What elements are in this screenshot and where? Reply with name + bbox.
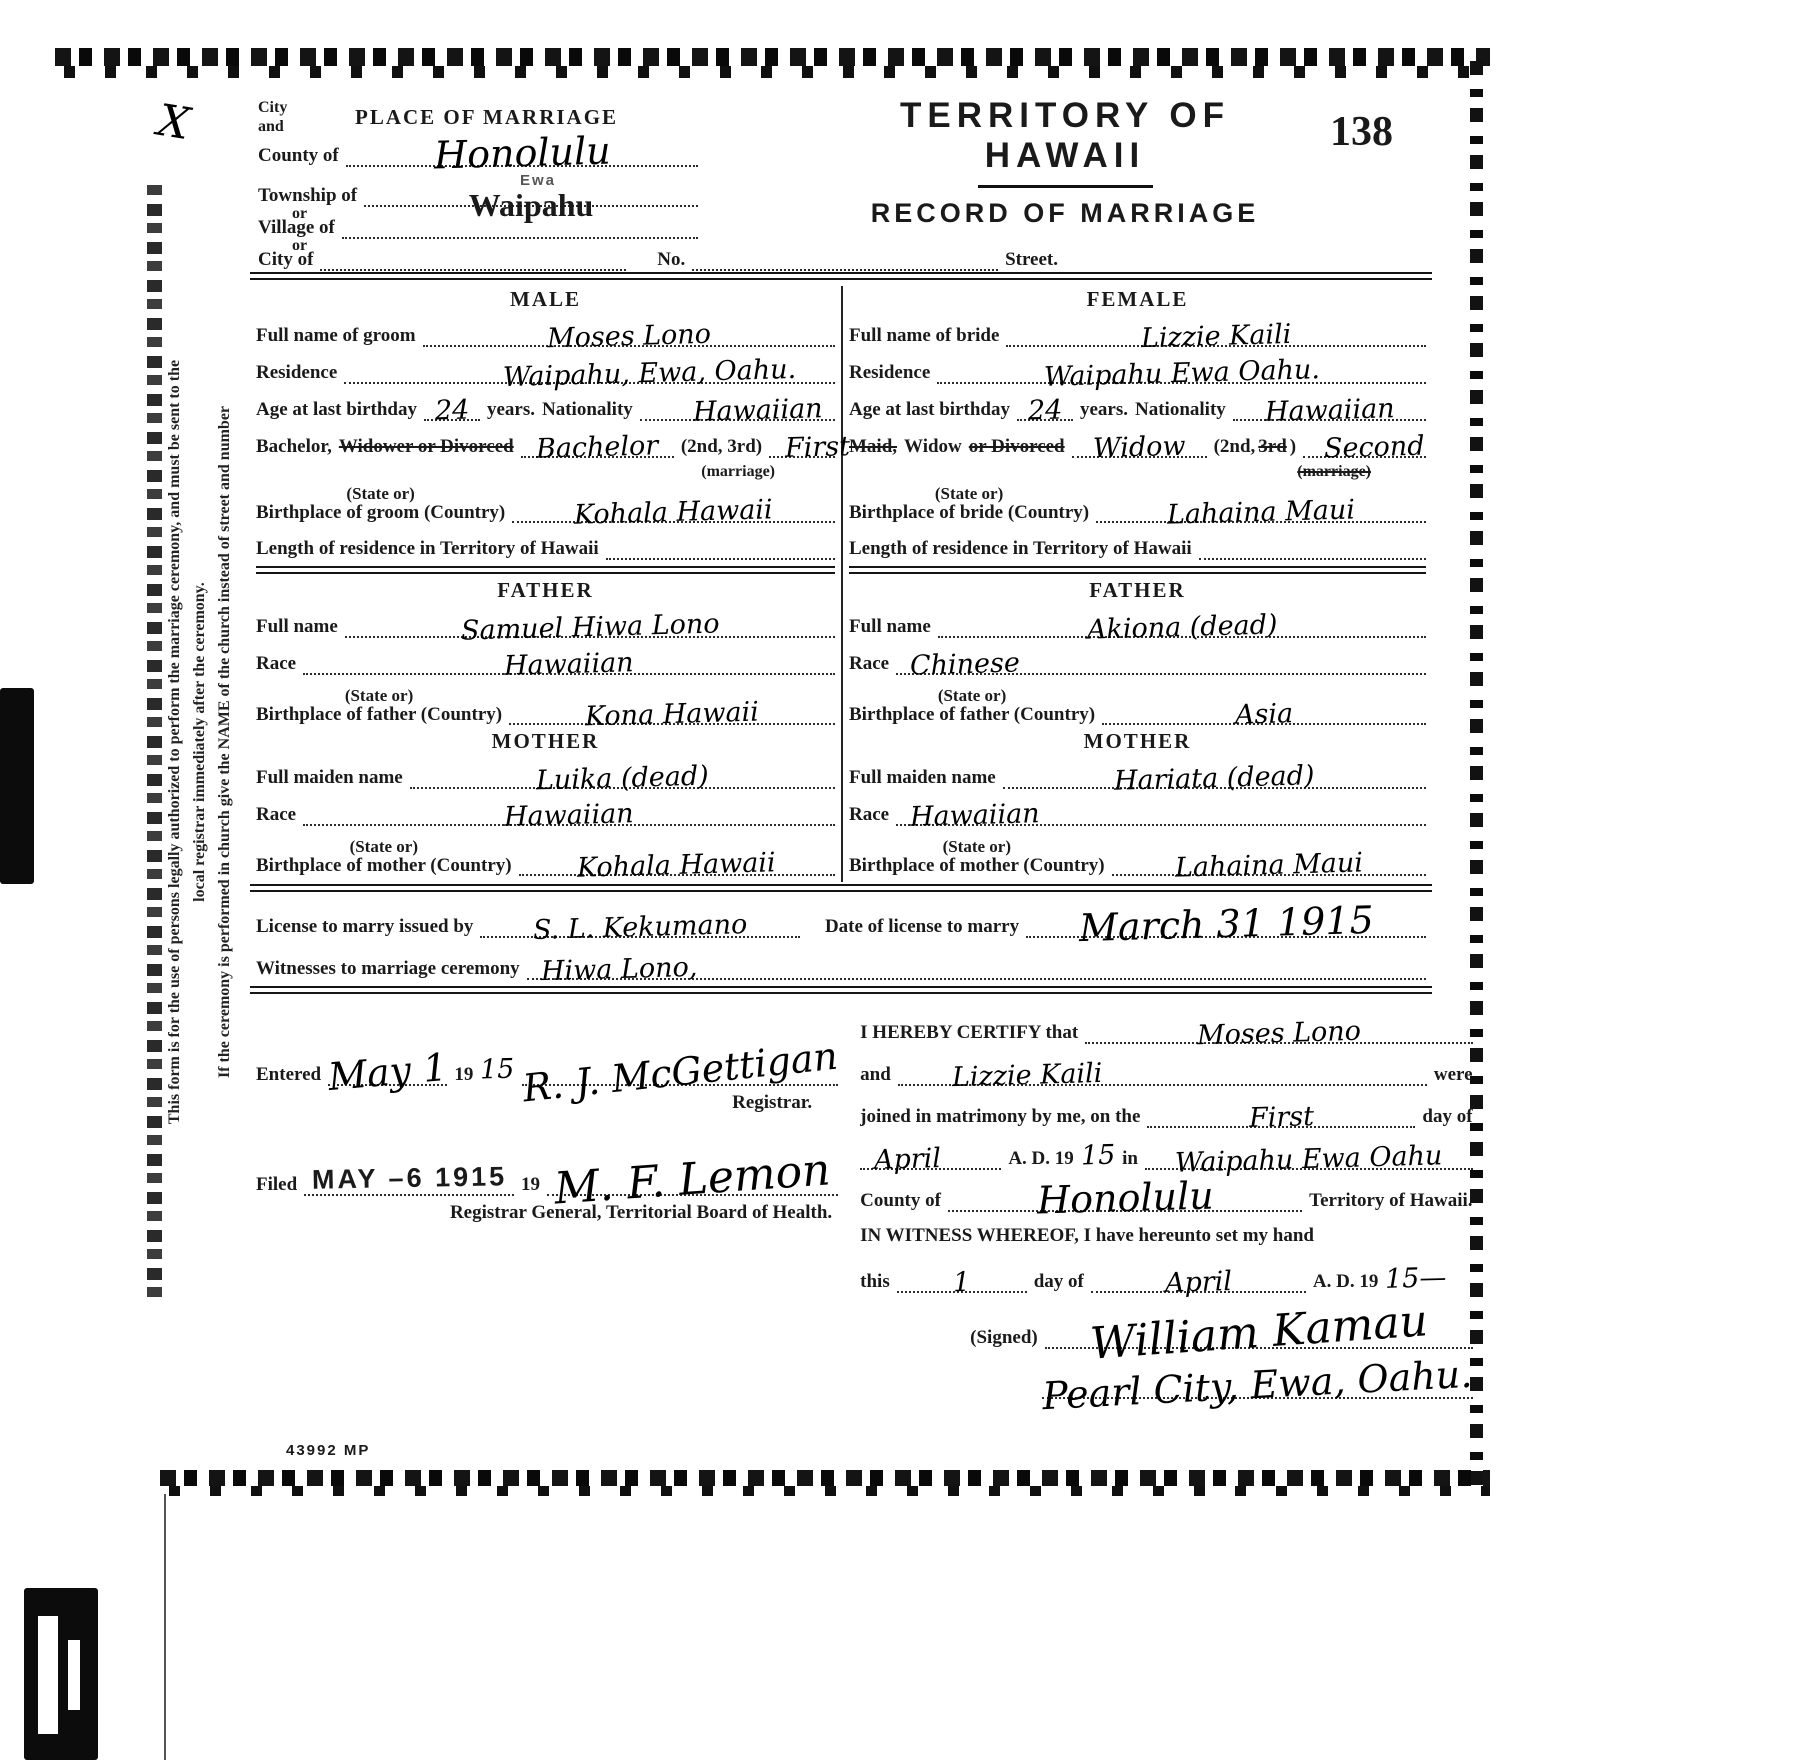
certify-county-field: Honolulu [948, 1174, 1302, 1212]
scan-artifact-torn-edge-top2 [55, 66, 1490, 78]
bride-father-birthplace-value: Asia [1235, 703, 1294, 728]
bride-residence-row: Residence Waipahu Ewa Oahu. [849, 353, 1426, 384]
groom-residence-length-row: Length of residence in Territory of Hawa… [256, 529, 835, 560]
bride-residence-label: Residence [849, 363, 930, 384]
witnesses-value: Hiwa Lono, [540, 957, 697, 984]
city-and-label: City and [258, 98, 308, 136]
bride-residence-field: Waipahu Ewa Oahu. [937, 351, 1426, 384]
witness-day-value: 1 [953, 1272, 971, 1295]
bride-status-struck1: Maid, [849, 437, 897, 458]
groom-father-race-value: Hawaiian [504, 652, 634, 679]
groom-residence-row: Residence Waipahu, Ewa, Oahu. [256, 353, 835, 384]
groom-nationality-label: Nationality [542, 400, 633, 421]
groom-residence-label: Residence [256, 363, 337, 384]
groom-father-race-label: Race [256, 654, 296, 675]
bride-mother-state-or: (State or) [849, 838, 1105, 856]
groom-age-field: 24 [424, 388, 480, 421]
groom-name-value: Moses Lono [546, 324, 711, 352]
groom-age-row: Age at last birthday 24 years. Nationali… [256, 390, 835, 421]
groom-residence-length-field [606, 527, 835, 560]
rule-male-parents [256, 566, 835, 574]
signed-place-field: Pearl City, Ewa, Oahu. [1042, 1353, 1472, 1399]
bride-father-birthplace-field: Asia [1102, 679, 1426, 725]
bride-father-race-label: Race [849, 654, 889, 675]
certify-territory-label: Territory of Hawaii. [1309, 1191, 1472, 1212]
registrar-signature-field: R. J. McGettigan [522, 1024, 838, 1086]
bride-status-struck2: or Divorced [969, 437, 1065, 458]
certify-place-value: Waipahu Ewa Oahu [1175, 1145, 1443, 1175]
entered-row: Entered May 1 19 15 R. J. McGettigan [256, 1026, 838, 1086]
groom-name-field: Moses Lono [423, 314, 835, 347]
certify-month-value: April [874, 1148, 942, 1173]
bride-mother-birthplace-row: (State or) Birthplace of mother (Country… [849, 832, 1426, 876]
bride-residence-length-label: Length of residence in Territory of Hawa… [849, 539, 1192, 560]
signed-place-row: Pearl City, Ewa, Oahu. [860, 1355, 1472, 1399]
scan-artifact-barcode-slit2 [68, 1640, 80, 1710]
witnesses-field: Hiwa Lono, [527, 942, 1426, 980]
signed-place-value: Pearl City, Ewa, Oahu. [1042, 1357, 1474, 1412]
city-label: City of [258, 250, 313, 271]
bride-ordinal-open: (2nd, [1214, 437, 1256, 458]
rule-license-bottom [250, 986, 1432, 994]
bride-status-plain: Widow [904, 437, 962, 458]
certify-and-label: and [860, 1065, 891, 1086]
witness-this-label: this [860, 1272, 890, 1293]
bride-mother-birthplace-text: Birthplace of mother (Country) [849, 856, 1105, 876]
groom-father-birthplace-label: (State or) Birthplace of father (Country… [256, 687, 502, 725]
bride-nationality-field: Hawaiian [1233, 388, 1426, 421]
female-column: FEMALE Full name of bride Lizzie Kaili R… [841, 286, 1432, 882]
bride-father-name-label: Full name [849, 617, 931, 638]
groom-mother-birthplace-row: (State or) Birthplace of mother (Country… [256, 832, 835, 876]
groom-status-label: Bachelor, [256, 437, 332, 458]
groom-mother-state-or: (State or) [256, 838, 512, 856]
entered-field: May 1 [328, 1024, 447, 1086]
bride-state-or-label: (State or) [849, 485, 1089, 503]
certify-county-value: Honolulu [1036, 1179, 1213, 1216]
certify-bride-value: Lizzie Kaili [952, 1063, 1103, 1090]
bride-father-name-field: Akiona (dead) [938, 605, 1426, 638]
groom-age-label: Age at last birthday [256, 400, 417, 421]
bride-residence-length-field [1199, 527, 1426, 560]
certify-day-field: First [1147, 1090, 1415, 1128]
witness-day-field: 1 [897, 1255, 1027, 1293]
county-row: County of Honolulu [258, 136, 698, 167]
certify-county-label: County of [860, 1191, 941, 1212]
groom-mother-race-label: Race [256, 805, 296, 826]
city-field [320, 238, 626, 271]
witnesses-label: Witnesses to marriage ceremony [256, 959, 520, 980]
bride-age-field: 24 [1017, 388, 1073, 421]
form-area: City and PLACE OF MARRIAGE TERRITORY OF … [250, 90, 1432, 1405]
groom-father-name-field: Samuel Hiwa Lono [345, 605, 835, 638]
male-mother-title: MOTHER [256, 731, 835, 752]
bride-age-row: Age at last birthday 24 years. Nationali… [849, 390, 1426, 421]
certify-groom-field: Moses Lono [1085, 1006, 1472, 1044]
bride-name-label: Full name of bride [849, 326, 999, 347]
groom-birthplace-label-text: Birthplace of groom (Country) [256, 503, 505, 523]
signed-label: (Signed) [970, 1328, 1038, 1349]
groom-birthplace-label: (State or) Birthplace of groom (Country) [256, 485, 505, 523]
groom-mother-birthplace-field: Kohala Hawaii [519, 830, 835, 876]
bride-father-birthplace-row: (State or) Birthplace of father (Country… [849, 681, 1426, 725]
witness-whereof-line: IN WITNESS WHEREOF, I have hereunto set … [860, 1226, 1472, 1247]
bride-mother-race-label: Race [849, 805, 889, 826]
bride-father-birthplace-text: Birthplace of father (Country) [849, 705, 1095, 725]
scan-artifact-ink-blob [0, 688, 34, 884]
bride-birthplace-label-text: Birthplace of bride (Country) [849, 503, 1089, 523]
groom-mother-name-value: Luika (dead) [536, 766, 709, 794]
bride-mother-race-field: Hawaiian [896, 793, 1426, 826]
witness-date-row: this 1 day of April A. D. 19 15— [860, 1257, 1472, 1293]
signed-row: (Signed) William Kamau [860, 1301, 1472, 1349]
record-title: RECORD OF MARRIAGE [815, 198, 1315, 229]
signed-field: William Kamau [1045, 1299, 1473, 1349]
bride-birthplace-label: (State or) Birthplace of bride (Country) [849, 485, 1089, 523]
entered-value: May 1 [327, 1051, 449, 1094]
license-section: License to marry issued by S. L. Kekuman… [250, 892, 1432, 980]
county-field: Honolulu [346, 134, 698, 167]
certify-and-row: and Lizzie Kaili were [860, 1050, 1472, 1086]
certify-row: I HEREBY CERTIFY that Moses Lono [860, 1008, 1472, 1044]
groom-mother-race-field: Hawaiian [303, 793, 835, 826]
bottom-section: Entered May 1 19 15 R. J. McGettigan Reg… [250, 1008, 1432, 1405]
filed-year-prefix: 19 [521, 1175, 540, 1196]
groom-status-struck: Widower or Divorced [339, 437, 514, 458]
bride-mother-birthplace-field: Lahaina Maui [1112, 830, 1426, 876]
bride-status-value: Widow [1093, 436, 1186, 462]
bride-ordinal-value: Second [1324, 436, 1425, 462]
village-label: Village of [258, 218, 335, 239]
certify-were-label: were [1434, 1065, 1473, 1086]
witness-year-value: 15— [1385, 1267, 1447, 1292]
certify-groom-value: Moses Lono [1197, 1021, 1362, 1049]
bride-ordinal-field: Second [1303, 425, 1426, 458]
bride-mother-race-row: Race Hawaiian [849, 795, 1426, 826]
scan-artifact-corner-mark: X [155, 102, 192, 144]
male-title: MALE [256, 289, 835, 310]
bride-father-name-value: Akiona (dead) [1086, 614, 1277, 642]
filed-signature-field: M. F. Lemon [547, 1134, 838, 1196]
bride-father-race-row: Race Chinese [849, 644, 1426, 675]
groom-mother-birthplace-text: Birthplace of mother (Country) [256, 856, 512, 876]
license-date-value: March 31 1915 [1078, 904, 1374, 945]
groom-father-name-value: Samuel Hiwa Lono [460, 613, 719, 643]
bride-mother-birthplace-value: Lahaina Maui [1175, 852, 1364, 880]
filed-label: Filed [256, 1175, 297, 1196]
bride-name-value: Lizzie Kaili [1141, 324, 1292, 351]
groom-residence-field: Waipahu, Ewa, Oahu. [344, 351, 835, 384]
bride-father-race-field: Chinese [896, 642, 1426, 675]
scan-artifact-edge-bottom [160, 1470, 1490, 1486]
witnesses-row: Witnesses to marriage ceremony Hiwa Lono… [256, 944, 1426, 980]
groom-mother-name-label: Full maiden name [256, 768, 403, 789]
margin-line-1: This form is for the use of persons lega… [163, 192, 188, 1292]
bride-birthplace-field: Lahaina Maui [1096, 477, 1426, 523]
groom-name-label: Full name of groom [256, 326, 416, 347]
entered-year-suffix: 15 [480, 1059, 515, 1083]
margin-instructions: This form is for the use of persons lega… [163, 192, 247, 1292]
groom-status-field: Bachelor [521, 425, 674, 458]
groom-father-birthplace-value: Kona Hawaii [585, 702, 759, 730]
groom-years-label: years. [487, 400, 535, 421]
groom-birthplace-field: Kohala Hawaii [512, 477, 835, 523]
bride-father-birthplace-label: (State or) Birthplace of father (Country… [849, 687, 1095, 725]
female-mother-title: MOTHER [849, 731, 1426, 752]
groom-ordinal-label: (2nd, 3rd) [681, 437, 762, 458]
bride-father-name-row: Full name Akiona (dead) [849, 607, 1426, 638]
witness-month-field: April [1091, 1255, 1306, 1293]
certify-month-row: April A. D. 19 15 in Waipahu Ewa Oahu [860, 1134, 1472, 1170]
scan-artifact-barcode-slit [38, 1616, 58, 1734]
entered-label: Entered [256, 1065, 321, 1086]
bride-nationality-value: Hawaiian [1264, 398, 1394, 425]
registration-block: Entered May 1 19 15 R. J. McGettigan Reg… [250, 1008, 844, 1405]
bride-mother-name-value: Hariata (dead) [1114, 765, 1315, 794]
groom-mother-race-row: Race Hawaiian [256, 795, 835, 826]
groom-father-birthplace-text: Birthplace of father (Country) [256, 705, 502, 725]
witness-month-value: April [1165, 1271, 1233, 1296]
bride-name-field: Lizzie Kaili [1006, 314, 1426, 347]
entered-year-prefix: 19 [454, 1065, 473, 1086]
groom-birthplace-value: Kohala Hawaii [574, 499, 773, 527]
groom-state-or-label: (State or) [256, 485, 505, 503]
certify-label: I HEREBY CERTIFY that [860, 1023, 1078, 1044]
filed-field: MAY –6 1915 [304, 1134, 514, 1196]
margin-line-3: If the ceremony is performed in church g… [213, 192, 238, 1292]
groom-father-state-or: (State or) [256, 687, 502, 705]
groom-nationality-field: Hawaiian [640, 388, 835, 421]
bride-years-label: years. [1080, 400, 1128, 421]
village-field [342, 206, 698, 239]
street-label: Street. [1005, 250, 1058, 271]
bride-status-row: Maid, Widow or Divorced Widow (2nd, 3rd … [849, 427, 1426, 458]
village-row: Village of [258, 208, 698, 239]
bride-mother-birthplace-label: (State or) Birthplace of mother (Country… [849, 838, 1105, 876]
spouse-columns: MALE Full name of groom Moses Lono Resid… [250, 286, 1432, 882]
filed-signature: M. F. Lemon [553, 1151, 831, 1208]
scan-artifact-edge-left [147, 182, 162, 1297]
form-code: 43992 MP [286, 1442, 370, 1459]
street-no-label: No. [657, 250, 685, 271]
bride-age-label: Age at last birthday [849, 400, 1010, 421]
groom-father-name-label: Full name [256, 617, 338, 638]
certify-county-row: County of Honolulu Territory of Hawaii. [860, 1176, 1472, 1212]
bride-name-row: Full name of bride Lizzie Kaili [849, 316, 1426, 347]
page-number: 138 [1330, 108, 1393, 156]
groom-ordinal-field: First [769, 425, 835, 458]
female-title: FEMALE [849, 289, 1426, 310]
certify-day-value: First [1249, 1106, 1315, 1131]
bride-residence-length-row: Length of residence in Territory of Hawa… [849, 529, 1426, 560]
county-label: County of [258, 146, 339, 167]
county-value: Honolulu [433, 134, 610, 171]
bride-nationality-label: Nationality [1135, 400, 1226, 421]
scan-artifact-torn-edge-top [55, 48, 1490, 66]
certification-block: I HEREBY CERTIFY that Moses Lono and Liz… [844, 1008, 1474, 1405]
certify-place-field: Waipahu Ewa Oahu [1145, 1132, 1473, 1170]
witness-ad-label: A. D. 19 [1313, 1272, 1378, 1293]
township-label: Township of [258, 186, 357, 207]
groom-mother-birthplace-label: (State or) Birthplace of mother (Country… [256, 838, 512, 876]
township-row: Township of Waipahu [258, 176, 698, 207]
scan-artifact-edge-bottom2 [160, 1486, 1490, 1496]
groom-age-value: 24 [434, 400, 469, 424]
rule-header-bottom [250, 272, 1432, 280]
certify-dayof-label: day of [1422, 1107, 1472, 1128]
bride-mother-name-label: Full maiden name [849, 768, 996, 789]
bride-birthplace-value: Lahaina Maui [1167, 499, 1356, 527]
certify-year-value: 15 [1080, 1145, 1115, 1169]
bride-father-state-or: (State or) [849, 687, 1095, 705]
scan-artifact-barcode [24, 1588, 98, 1760]
license-issued-label: License to marry issued by [256, 917, 473, 938]
male-column: MALE Full name of groom Moses Lono Resid… [250, 286, 841, 882]
bride-residence-value: Waipahu Ewa Oahu. [1043, 359, 1320, 390]
groom-name-row: Full name of groom Moses Lono [256, 316, 835, 347]
groom-birthplace-row: (State or) Birthplace of groom (Country)… [256, 479, 835, 523]
bride-mother-name-row: Full maiden name Hariata (dead) [849, 758, 1426, 789]
groom-father-race-field: Hawaiian [303, 642, 835, 675]
territory-title: TERRITORY OF HAWAII [815, 96, 1315, 176]
license-issued-value: S. L. Kekumano [533, 914, 748, 943]
groom-father-birthplace-row: (State or) Birthplace of father (Country… [256, 681, 835, 725]
bride-mother-name-field: Hariata (dead) [1003, 756, 1426, 789]
certify-joined-label: joined in matrimony by me, on the [860, 1107, 1140, 1128]
township-field: Waipahu [364, 174, 698, 207]
territory-header: TERRITORY OF HAWAII RECORD OF MARRIAGE [815, 96, 1315, 229]
groom-ordinal-value: First [784, 436, 850, 461]
license-date-field: March 31 1915 [1026, 900, 1426, 938]
certify-bride-field: Lizzie Kaili [898, 1048, 1427, 1086]
certify-joined-row: joined in matrimony by me, on the First … [860, 1092, 1472, 1128]
certify-in-label: in [1122, 1149, 1138, 1170]
groom-father-birthplace-field: Kona Hawaii [509, 679, 835, 725]
groom-status-row: Bachelor, Widower or Divorced Bachelor (… [256, 427, 835, 458]
female-father-title: FATHER [849, 580, 1426, 601]
header-rule [978, 185, 1153, 188]
registrar-general-caption: Registrar General, Territorial Board of … [256, 1202, 838, 1224]
bride-ordinal-close: ) [1290, 437, 1296, 458]
male-father-title: FATHER [256, 580, 835, 601]
street-no-field [692, 238, 998, 271]
city-row: City of No. Street. [258, 240, 1058, 271]
bride-status-field: Widow [1072, 425, 1207, 458]
certify-month-field: April [860, 1132, 1001, 1170]
bride-father-race-value: Chinese [910, 653, 1020, 679]
license-date-label: Date of license to marry [825, 917, 1019, 938]
bride-mother-race-value: Hawaiian [910, 803, 1040, 830]
groom-mother-race-value: Hawaiian [504, 803, 634, 830]
form-header: City and PLACE OF MARRIAGE TERRITORY OF … [250, 90, 1432, 272]
groom-residence-value: Waipahu, Ewa, Oahu. [503, 359, 797, 390]
bride-age-value: 24 [1027, 400, 1062, 424]
groom-mother-name-row: Full maiden name Luika (dead) [256, 758, 835, 789]
scan-artifact-fold-line [164, 1494, 166, 1760]
place-of-marriage-title: PLACE OF MARRIAGE [355, 107, 618, 128]
groom-mother-birthplace-value: Kohala Hawaii [577, 852, 776, 880]
bride-birthplace-row: (State or) Birthplace of bride (Country)… [849, 479, 1426, 523]
license-row: License to marry issued by S. L. Kekuman… [256, 902, 1426, 938]
filed-stamp: MAY –6 1915 [311, 1161, 507, 1195]
scanned-marriage-record: X This form is for the use of persons le… [0, 0, 1808, 1760]
filed-row: Filed MAY –6 1915 19 M. F. Lemon [256, 1136, 838, 1196]
groom-father-name-row: Full name Samuel Hiwa Lono [256, 607, 835, 638]
groom-nationality-value: Hawaiian [692, 398, 822, 425]
bride-ordinal-struck: 3rd [1258, 437, 1287, 458]
license-issued-field: S. L. Kekumano [480, 900, 800, 938]
rule-female-parents [849, 566, 1426, 574]
witness-dayof-label: day of [1034, 1272, 1084, 1293]
margin-line-2: local registrar immediately after the ce… [188, 192, 213, 1292]
certify-ad-label: A. D. 19 [1008, 1149, 1073, 1170]
rule-parents-bottom [250, 884, 1432, 892]
groom-father-race-row: Race Hawaiian [256, 644, 835, 675]
groom-mother-name-field: Luika (dead) [410, 756, 835, 789]
groom-residence-length-label: Length of residence in Territory of Hawa… [256, 539, 599, 560]
groom-status-value: Bachelor [536, 435, 659, 461]
